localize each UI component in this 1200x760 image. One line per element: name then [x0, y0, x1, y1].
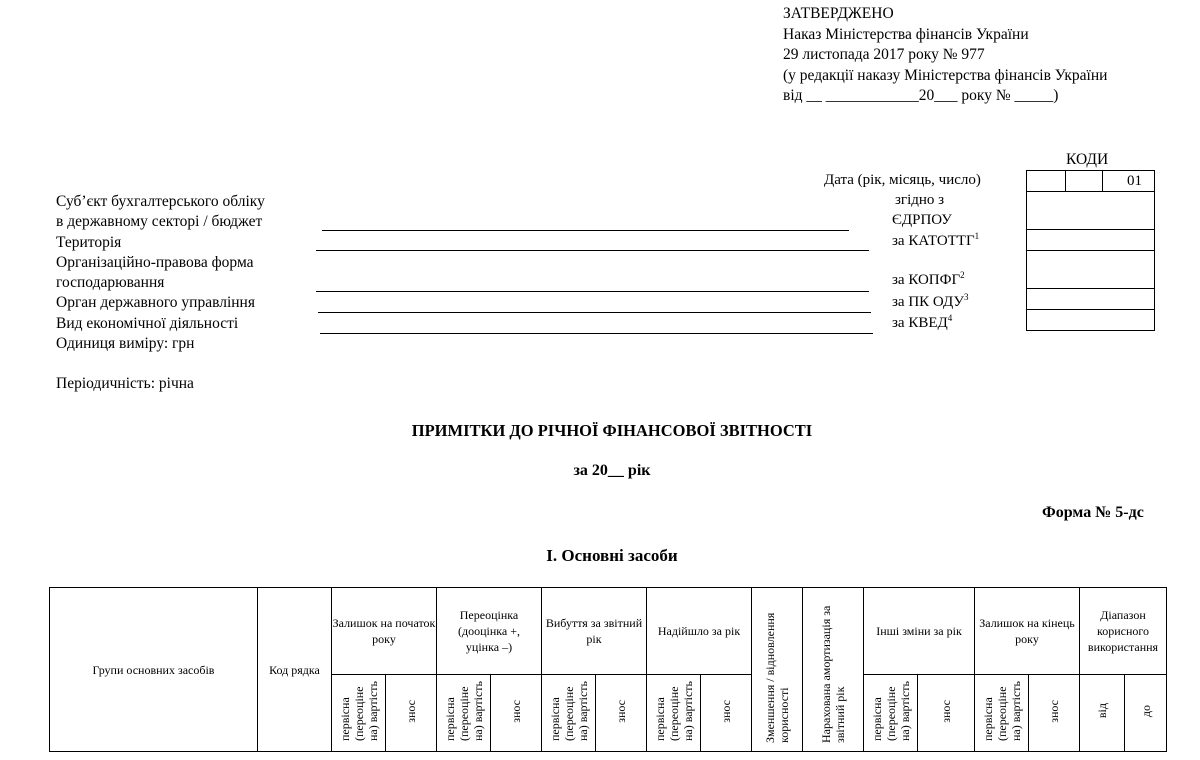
footnote-mark: 3 [964, 292, 969, 302]
revaluation-line: Переоцінка [437, 607, 541, 623]
org-form-label-line2: господарювання [56, 273, 265, 293]
approval-line: Наказ Міністерства фінансів України [783, 25, 1107, 46]
approval-line: 29 листопада 2017 року № 977 [783, 45, 1107, 66]
edrpou-label: ЄДРПОУ [892, 212, 952, 229]
territory-label: Територія [56, 233, 265, 253]
approval-line: від __ ____________20___ року № _____) [783, 86, 1107, 107]
gov-body-field[interactable] [318, 312, 871, 313]
useful-life-text: Діапазон корисного використання [1088, 608, 1158, 654]
gov-body-label: Орган державного управління [56, 293, 265, 313]
form-number: Форма № 5-дс [1042, 504, 1144, 522]
sub-wear-text: знос [939, 700, 953, 723]
date-label: Дата (рік, місяць, число) [824, 172, 981, 189]
pk-odu-code-cell[interactable] [1027, 289, 1155, 310]
header-disposal: Вибуття за звітний рік [542, 588, 647, 675]
unit-label: Одиниця виміру: грн [56, 334, 265, 354]
sub-to: до [1125, 675, 1167, 752]
kved-text: за КВЕД [892, 315, 948, 331]
sub-cost-line: (переоціне [667, 686, 681, 741]
approval-line: (у редакції наказу Міністерства фінансів… [783, 66, 1107, 87]
sub-wear-text: знос [614, 700, 628, 723]
territory-field[interactable] [316, 250, 869, 251]
subject-label-line1: Суб’єкт бухгалтерського обліку [56, 192, 265, 212]
sub-wear-text: знос [509, 700, 523, 723]
pk-odu-label: за ПК ОДУ3 [892, 294, 969, 311]
entity-labels: Суб’єкт бухгалтерського обліку в державн… [56, 192, 265, 395]
received-text: Надійшло за рік [658, 624, 740, 638]
sub-cost-line: первісна [443, 697, 457, 741]
sub-cost-line: первісна [870, 697, 884, 741]
header-received: Надійшло за рік [647, 588, 752, 675]
sub-cost-line: первісна [981, 697, 995, 741]
sub-wear-text: знос [1047, 700, 1061, 723]
sub-cost-line: (переоціне [884, 686, 898, 741]
sub-cost-line: (переоціне [352, 686, 366, 741]
sub-wear: знос [491, 675, 542, 752]
revaluation-line: (дооцінка +, [437, 623, 541, 639]
disposal-text: Вибуття за звітний рік [546, 616, 642, 646]
edrpou-code-cell[interactable] [1027, 192, 1155, 230]
katottg-text: за КАТОТТГ [892, 233, 975, 249]
edrpou-pre-label: згідно з [895, 192, 944, 209]
closing-balance-text: Залишок на кінець року [979, 616, 1074, 646]
kopfg-code-cell[interactable] [1027, 251, 1155, 289]
activity-field[interactable] [320, 333, 873, 334]
codes-title: КОДИ [1066, 151, 1108, 169]
sub-cost: первісна(переоцінена) вартість [332, 675, 386, 752]
footnote-mark: 2 [960, 270, 965, 280]
header-impairment: Зменшення / відновлення корисності [752, 588, 803, 752]
header-closing-balance: Залишок на кінець року [975, 588, 1080, 675]
sub-from: від [1080, 675, 1125, 752]
sub-wear: знос [596, 675, 647, 752]
subject-field[interactable] [322, 230, 849, 231]
sub-cost: первісна(переоцінена) вартість [975, 675, 1029, 752]
sub-cost-line: на) вартість [576, 681, 590, 741]
sub-cost-line: (переоціне [457, 686, 471, 741]
header-useful-life: Діапазон корисного використання [1080, 588, 1167, 675]
sub-wear-text: знос [719, 700, 733, 723]
depreciation-text: Нарахована амортизація за звітний рік [819, 593, 847, 743]
header-revaluation: Переоцінка (дооцінка +, уцінка –) [437, 588, 542, 675]
activity-label: Вид економічної діяльності [56, 314, 265, 334]
pk-odu-text: за ПК ОДУ [892, 294, 964, 310]
header-other-changes: Інші зміни за рік [864, 588, 975, 675]
date-month-cell[interactable] [1065, 171, 1102, 192]
document-title: ПРИМІТКИ ДО РІЧНОЇ ФІНАНСОВОЇ ЗВІТНОСТІ [0, 421, 1200, 441]
impairment-text: Зменшення / відновлення корисності [763, 593, 791, 743]
kopfg-text: за КОПФГ [892, 272, 960, 288]
footnote-mark: 1 [975, 231, 980, 241]
sub-cost-line: первісна [338, 697, 352, 741]
revaluation-line: уцінка –) [437, 639, 541, 655]
approval-line: ЗАТВЕРДЖЕНО [783, 4, 1107, 25]
sub-cost-line: на) вартість [471, 681, 485, 741]
sub-wear: знос [918, 675, 975, 752]
org-form-field[interactable] [316, 291, 869, 292]
approval-block: ЗАТВЕРДЖЕНО Наказ Міністерства фінансів … [783, 4, 1107, 107]
periodicity-label: Періодичність: річна [56, 374, 265, 394]
footnote-mark: 4 [948, 313, 953, 323]
sub-wear: знос [386, 675, 437, 752]
report-period: за 20__ рік [0, 462, 1200, 480]
fixed-assets-table: Групи основних засобів Код рядка Залишок… [49, 587, 1167, 752]
sub-cost: первісна(переоцінена) вартість [437, 675, 491, 752]
header-asset-groups: Групи основних засобів [50, 588, 258, 752]
subject-label-line2: в державному секторі / бюджет [56, 212, 265, 232]
katottg-code-cell[interactable] [1027, 230, 1155, 251]
sub-from-text: від [1095, 703, 1109, 718]
kved-label: за КВЕД4 [892, 315, 952, 332]
sub-cost-line: на) вартість [366, 681, 380, 741]
sub-to-text: до [1139, 705, 1153, 717]
org-form-label-line1: Організаційно-правова форма [56, 253, 265, 273]
header-opening-balance: Залишок на початок року [332, 588, 437, 675]
sub-cost-line: первісна [653, 697, 667, 741]
sub-cost-line: первісна [548, 697, 562, 741]
sub-wear: знос [1029, 675, 1080, 752]
other-changes-text: Інші зміни за рік [876, 624, 962, 638]
sub-wear-text: знос [404, 700, 418, 723]
kopfg-label: за КОПФГ2 [892, 272, 965, 289]
sub-cost-line: на) вартість [1009, 681, 1023, 741]
sub-cost: первісна(переоцінена) вартість [647, 675, 701, 752]
sub-cost-line: на) вартість [681, 681, 695, 741]
opening-balance-text: Залишок на початок року [333, 616, 436, 646]
sub-cost: первісна(переоцінена) вартість [864, 675, 918, 752]
header-depreciation: Нарахована амортизація за звітний рік [803, 588, 864, 752]
date-day-cell[interactable]: 01 [1102, 171, 1155, 192]
header-row-code: Код рядка [258, 588, 332, 752]
sub-cost: первісна(переоцінена) вартість [542, 675, 596, 752]
sub-cost-line: (переоціне [995, 686, 1009, 741]
date-year-cell[interactable] [1027, 171, 1066, 192]
kved-code-cell[interactable] [1027, 310, 1155, 331]
codes-table: 01 [1026, 170, 1155, 331]
katottg-label: за КАТОТТГ1 [892, 233, 979, 250]
sub-cost-line: (переоціне [562, 686, 576, 741]
sub-cost-line: на) вартість [898, 681, 912, 741]
sub-wear: знос [701, 675, 752, 752]
section-title: І. Основні засоби [0, 546, 1200, 566]
